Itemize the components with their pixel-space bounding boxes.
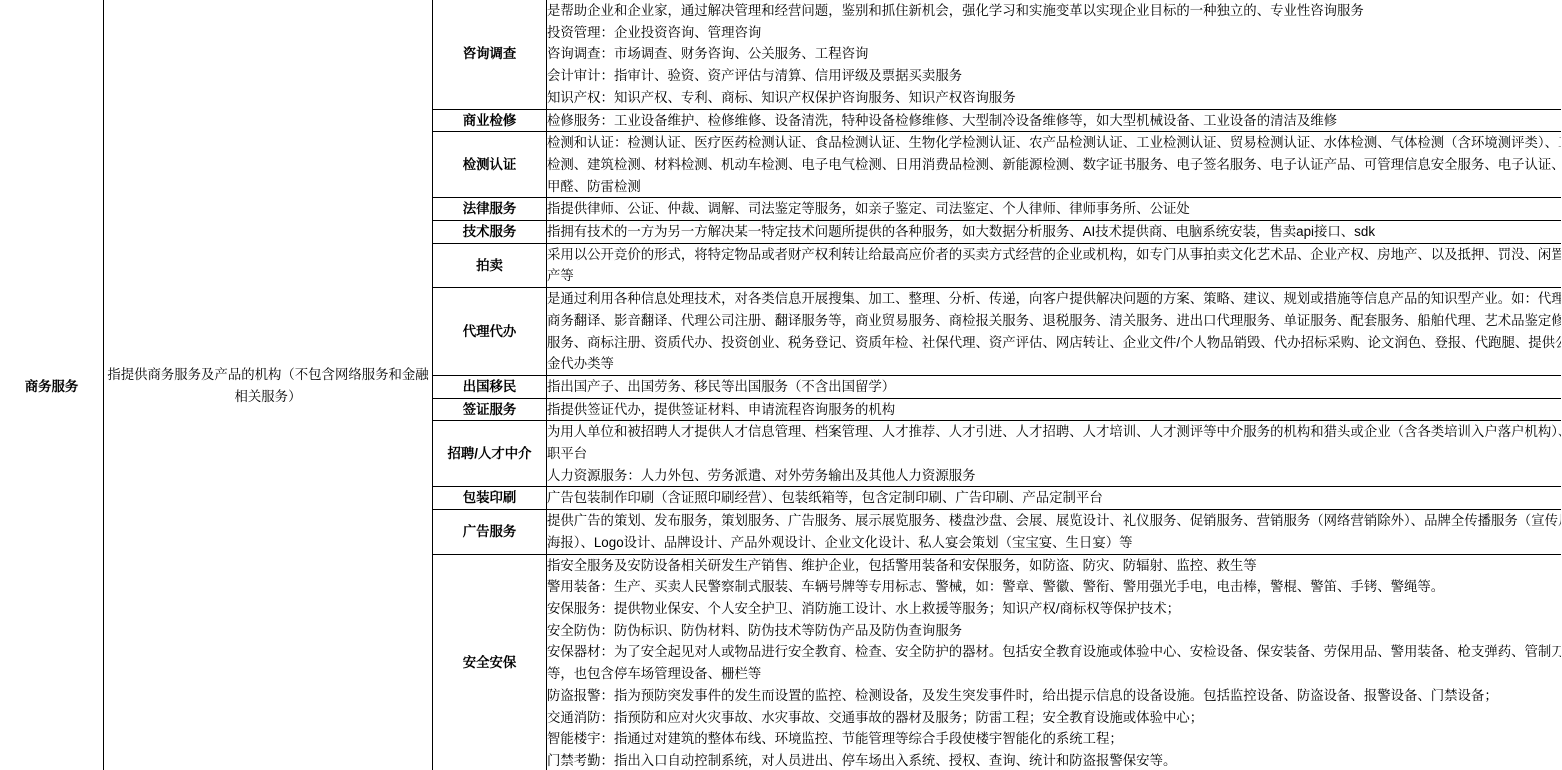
category-detail-cell: 检测和认证：检测认证、医疗医药检测认证、食品检测认证、生物化学检测认证、农产品检… — [547, 132, 1562, 198]
category-detail-cell: 指出国产子、出国劳务、移民等出国服务（不含出国留学） — [547, 375, 1562, 398]
category-detail-cell: 指提供签证代办，提供签证材料、申请流程咨询服务的机构 — [547, 398, 1562, 421]
category-name-cell: 广告服务 — [433, 510, 547, 554]
category-detail-cell: 检修服务：工业设备维护、检修维修、设备清洗，特种设备检修维修、大型制冷设备维修等… — [547, 109, 1562, 132]
detail-paragraph: 安保器材：为了安全起见对人或物品进行安全教育、检查、安全防护的器材。包括安全教育… — [547, 641, 1561, 684]
category-name-cell: 咨询调查 — [433, 0, 547, 109]
group-label-cell: 商务服务 — [0, 0, 104, 769]
category-detail-cell: 提供广告的策划、发布服务，策划服务、广告服务、展示展览服务、楼盘沙盘、会展、展览… — [547, 510, 1562, 554]
category-name-cell: 招聘/人才中介 — [433, 421, 547, 487]
category-detail-cell: 为用人单位和被招聘人才提供人才信息管理、档案管理、人才推荐、人才引进、人才招聘、… — [547, 421, 1562, 487]
category-name-cell: 技术服务 — [433, 221, 547, 244]
detail-paragraph: 人力资源服务：人力外包、劳务派遣、对外劳务输出及其他人力资源服务 — [547, 465, 1561, 487]
category-name-cell: 代理代办 — [433, 288, 547, 376]
business-services-table: 商务服务指提供商务服务及产品的机构（不包含网络服务和金融相关服务）咨询调查是帮助… — [0, 0, 1561, 769]
category-row: 商务服务指提供商务服务及产品的机构（不包含网络服务和金融相关服务）咨询调查是帮助… — [0, 0, 1561, 109]
detail-paragraph: 是通过利用各种信息处理技术，对各类信息开展搜集、加工、整理、分析、传递，向客户提… — [547, 288, 1561, 375]
detail-paragraph: 指提供律师、公证、仲裁、调解、司法鉴定等服务，如亲子鉴定、司法鉴定、个人律师、律… — [547, 198, 1561, 220]
category-detail-cell: 采用以公开竞价的形式，将特定物品或者财产权利转让给最高应价者的买卖方式经营的企业… — [547, 243, 1562, 287]
detail-paragraph: 咨询调查：市场调查、财务咨询、公关服务、工程咨询 — [547, 43, 1561, 65]
detail-paragraph: 是帮助企业和企业家，通过解决管理和经营问题，鉴别和抓住新机会，强化学习和实施变革… — [547, 0, 1561, 22]
detail-paragraph: 指出国产子、出国劳务、移民等出国服务（不含出国留学） — [547, 376, 1561, 398]
detail-paragraph: 交通消防：指预防和应对火灾事故、水灾事故、交通事故的器材及服务；防雷工程；安全教… — [547, 707, 1561, 729]
category-detail-cell: 指提供律师、公证、仲裁、调解、司法鉴定等服务，如亲子鉴定、司法鉴定、个人律师、律… — [547, 198, 1562, 221]
detail-paragraph: 安保服务：提供物业保安、个人安全护卫、消防施工设计、水上救援等服务；知识产权/商… — [547, 598, 1561, 620]
detail-paragraph: 门禁考勤：指出入口自动控制系统，对人员进出、停车场出入系统、授权、查询、统计和防… — [547, 750, 1561, 769]
detail-paragraph: 采用以公开竞价的形式，将特定物品或者财产权利转让给最高应价者的买卖方式经营的企业… — [547, 244, 1561, 287]
category-detail-cell: 广告包装制作印刷（含证照印刷经营）、包装纸箱等，包含定制印刷、广告印刷、产品定制… — [547, 487, 1562, 510]
category-detail-cell: 是帮助企业和企业家，通过解决管理和经营问题，鉴别和抓住新机会，强化学习和实施变革… — [547, 0, 1562, 109]
category-name-cell: 出国移民 — [433, 375, 547, 398]
detail-paragraph: 检测和认证：检测认证、医疗医药检测认证、食品检测认证、生物化学检测认证、农产品检… — [547, 132, 1561, 197]
detail-paragraph: 知识产权：知识产权、专利、商标、知识产权保护咨询服务、知识产权咨询服务 — [547, 87, 1561, 109]
category-detail-cell: 是通过利用各种信息处理技术，对各类信息开展搜集、加工、整理、分析、传递，向客户提… — [547, 288, 1562, 376]
category-name-cell: 签证服务 — [433, 398, 547, 421]
detail-paragraph: 指安全服务及安防设备相关研发生产销售、维护企业，包括警用装备和安保服务，如防盗、… — [547, 555, 1561, 577]
detail-paragraph: 智能楼宇：指通过对建筑的整体布线、环境监控、节能管理等综合手段使楼宇智能化的系统… — [547, 728, 1561, 750]
category-name-cell: 包装印刷 — [433, 487, 547, 510]
detail-paragraph: 广告包装制作印刷（含证照印刷经营）、包装纸箱等，包含定制印刷、广告印刷、产品定制… — [547, 487, 1561, 509]
detail-paragraph: 安全防伪：防伪标识、防伪材料、防伪技术等防伪产品及防伪查询服务 — [547, 620, 1561, 642]
detail-paragraph: 会计审计：指审计、验资、资产评估与清算、信用评级及票据买卖服务 — [547, 65, 1561, 87]
document-page: { "table": { "group_column": { "label": … — [0, 0, 1562, 769]
category-name-cell: 法律服务 — [433, 198, 547, 221]
category-detail-cell: 指安全服务及安防设备相关研发生产销售、维护企业，包括警用装备和安保服务，如防盗、… — [547, 554, 1562, 769]
detail-paragraph: 为用人单位和被招聘人才提供人才信息管理、档案管理、人才推荐、人才引进、人才招聘、… — [547, 421, 1561, 464]
category-name-cell: 检测认证 — [433, 132, 547, 198]
category-name-cell: 安全安保 — [433, 554, 547, 769]
detail-paragraph: 指提供签证代办，提供签证材料、申请流程咨询服务的机构 — [547, 399, 1561, 421]
detail-paragraph: 投资管理：企业投资咨询、管理咨询 — [547, 22, 1561, 44]
category-name-cell: 拍卖 — [433, 243, 547, 287]
detail-paragraph: 警用装备：生产、买卖人民警察制式服装、车辆号牌等专用标志、警械，如：警章、警徽、… — [547, 576, 1561, 598]
detail-paragraph: 检修服务：工业设备维护、检修维修、设备清洗，特种设备检修维修、大型制冷设备维修等… — [547, 110, 1561, 132]
detail-paragraph: 提供广告的策划、发布服务，策划服务、广告服务、展示展览服务、楼盘沙盘、会展、展览… — [547, 510, 1561, 553]
category-detail-cell: 指拥有技术的一方为另一方解决某一特定技术问题所提供的各种服务，如大数据分析服务、… — [547, 221, 1562, 244]
detail-paragraph: 防盗报警：指为预防突发事件的发生而设置的监控、检测设备，及发生突发事件时，给出提… — [547, 685, 1561, 707]
detail-paragraph: 指拥有技术的一方为另一方解决某一特定技术问题所提供的各种服务，如大数据分析服务、… — [547, 221, 1561, 243]
category-name-cell: 商业检修 — [433, 109, 547, 132]
group-description-cell: 指提供商务服务及产品的机构（不包含网络服务和金融相关服务） — [104, 0, 433, 769]
classification-sheet: 商务服务指提供商务服务及产品的机构（不包含网络服务和金融相关服务）咨询调查是帮助… — [0, 0, 1561, 769]
